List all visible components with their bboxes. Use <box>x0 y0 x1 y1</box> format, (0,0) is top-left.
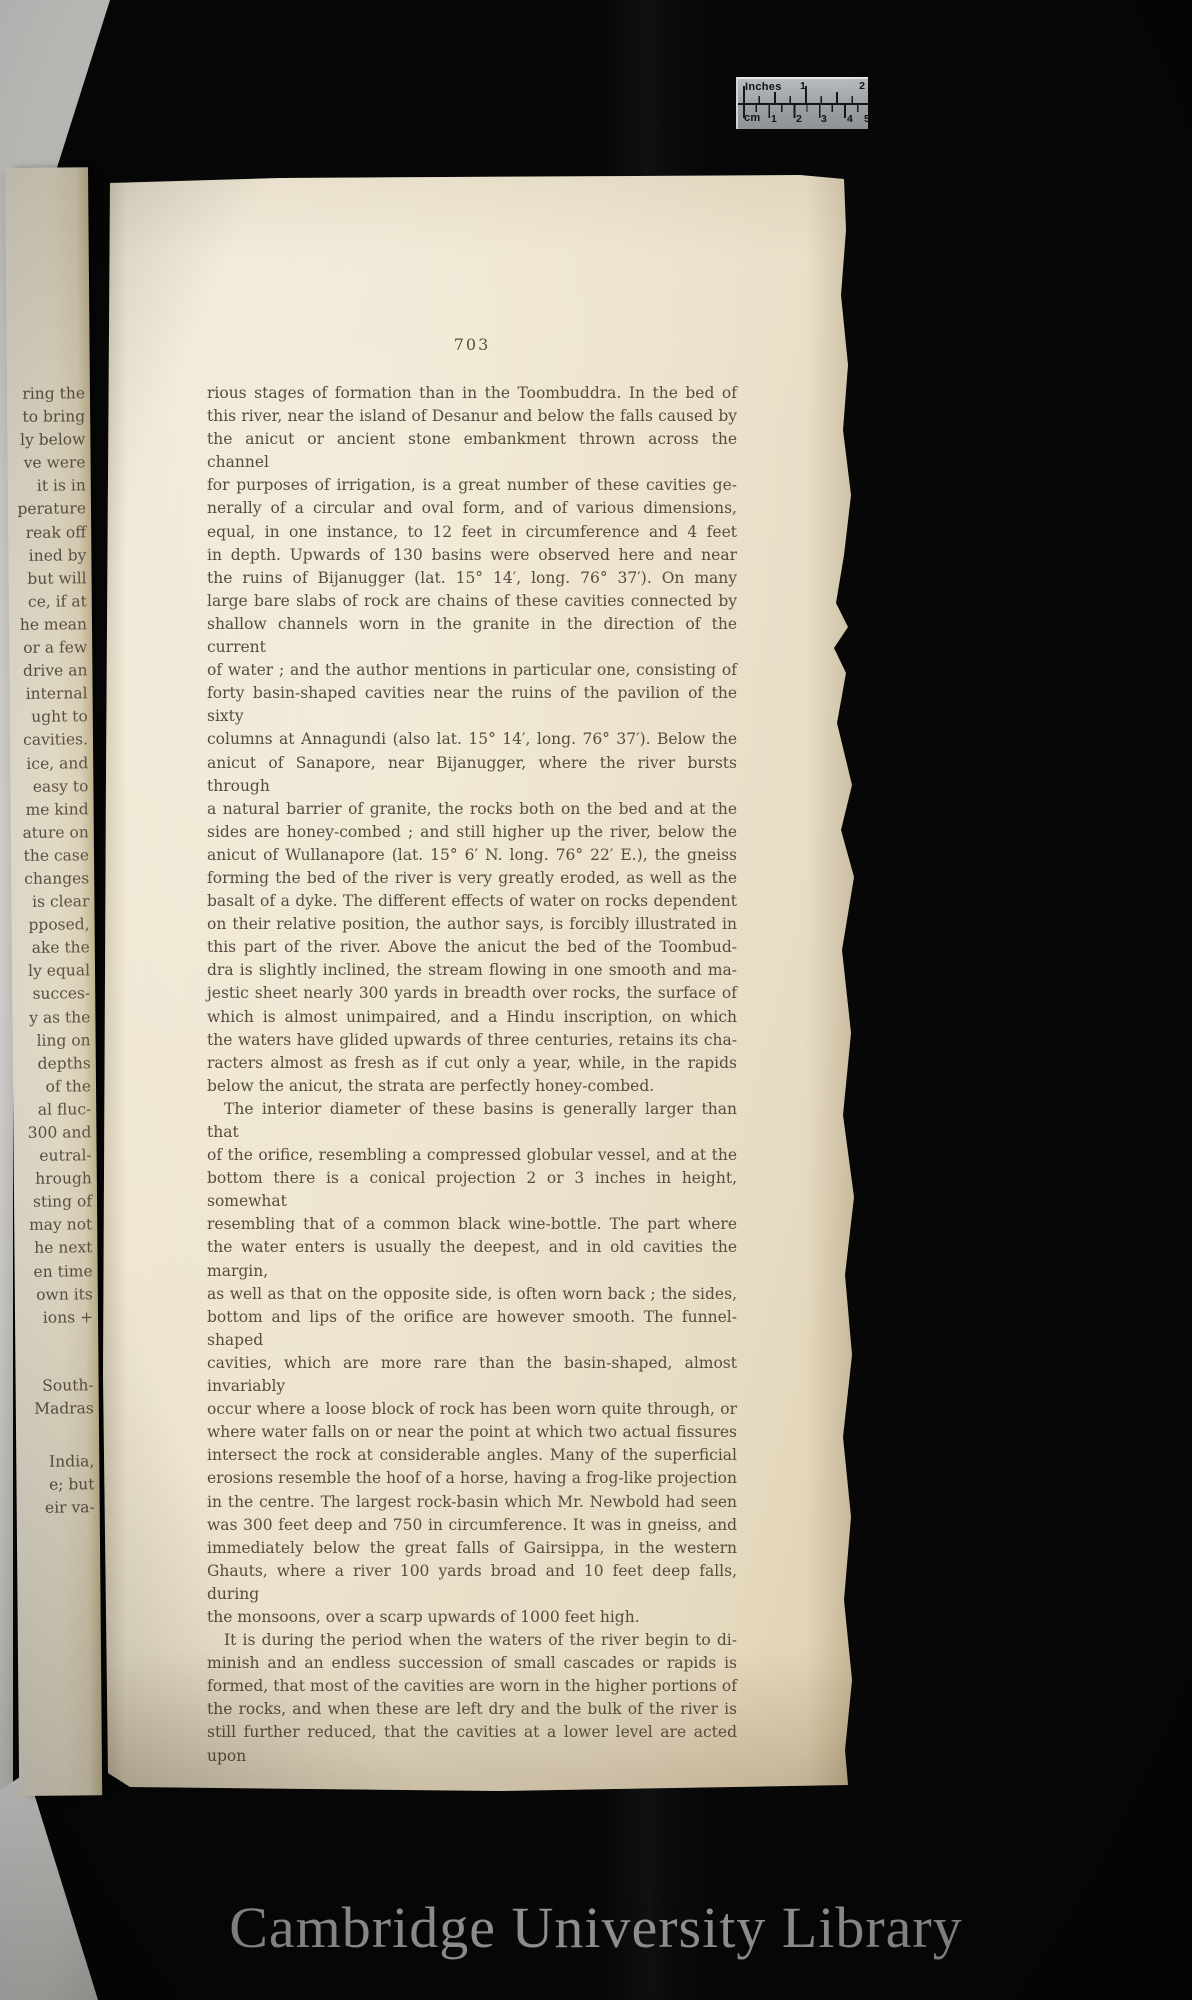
photo-vignette <box>0 0 1192 2000</box>
photograph-canvas: ring theto bringly belowve wereit is inp… <box>0 0 1192 2000</box>
